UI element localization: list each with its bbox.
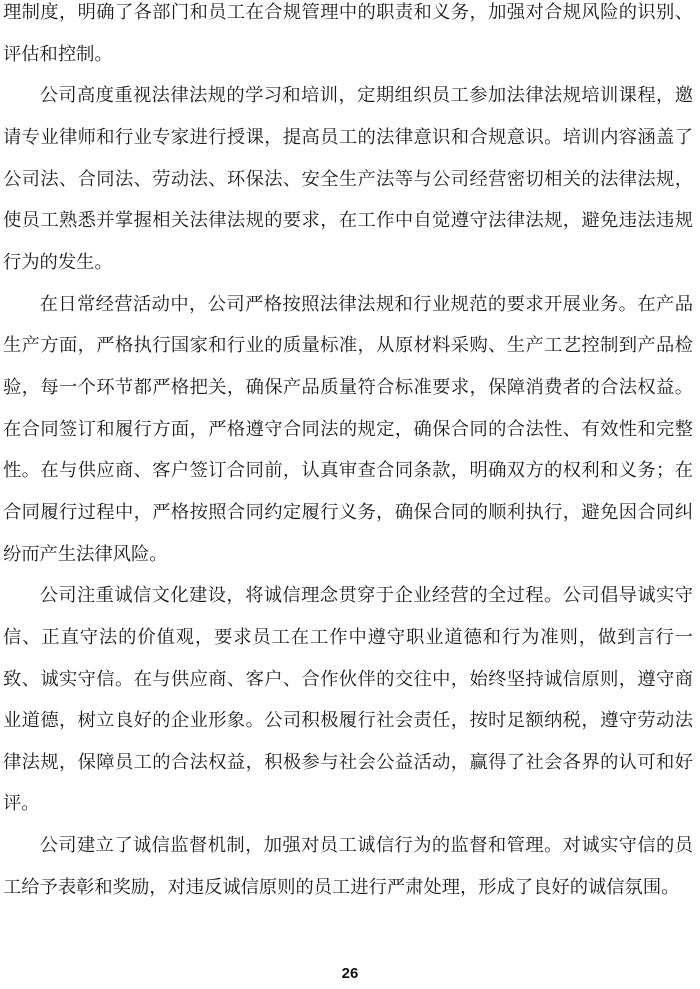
text-line: 验，每一个环节都严格把关，确保产品质量符合标准要求，保障消费者的合法权益。 — [3, 367, 693, 409]
text-line: 评。 — [3, 783, 693, 825]
text-line: 性。在与供应商、客户签订合同前，认真审查合同条款，明确双方的权利和义务；在 — [3, 450, 693, 492]
text-line: 使员工熟悉并掌握相关法律法规的要求，在工作中自觉遵守法律法规，避免违法违规 — [3, 200, 693, 242]
document-page: 理制度，明确了各部门和员工在合规管理中的职责和义务，加强对合规风险的识别、评估和… — [0, 0, 700, 989]
text-line: 纷而产生法律风险。 — [3, 534, 693, 576]
text-line: 请专业律师和行业专家进行授课，提高员工的法律意识和合规意识。培训内容涵盖了 — [3, 117, 693, 159]
text-line: 生产方面，严格执行国家和行业的质量标准，从原材料采购、生产工艺控制到产品检 — [3, 325, 693, 367]
text-line: 公司法、合同法、劳动法、环保法、安全生产法等与公司经营密切相关的法律法规， — [3, 159, 693, 201]
text-line: 合同履行过程中，严格按照合同约定履行义务，确保合同的顺利执行，避免因合同纠 — [3, 492, 693, 534]
page-number: 26 — [342, 965, 359, 982]
text-line: 在日常经营活动中，公司严格按照法律法规和行业规范的要求开展业务。在产品 — [3, 284, 693, 326]
document-body: 理制度，明确了各部门和员工在合规管理中的职责和义务，加强对合规风险的识别、评估和… — [3, 0, 693, 908]
text-line: 公司高度重视法律法规的学习和培训，定期组织员工参加法律法规培训课程，邀 — [3, 75, 693, 117]
text-line: 在合同签订和履行方面，严格遵守合同法的规定，确保合同的合法性、有效性和完整 — [3, 409, 693, 451]
text-line: 业道德，树立良好的企业形象。公司积极履行社会责任，按时足额纳税，遵守劳动法 — [3, 700, 693, 742]
text-line: 工给予表彰和奖励，对违反诚信原则的员工进行严肃处理，形成了良好的诚信氛围。 — [3, 867, 693, 909]
page-footer: 26 — [0, 965, 700, 983]
text-line: 理制度，明确了各部门和员工在合规管理中的职责和义务，加强对合规风险的识别、 — [3, 0, 693, 34]
text-line: 评估和控制。 — [3, 34, 693, 76]
text-line: 致、诚实守信。在与供应商、客户、合作伙伴的交往中，始终坚持诚信原则，遵守商 — [3, 659, 693, 701]
text-line: 公司注重诚信文化建设，将诚信理念贯穿于企业经营的全过程。公司倡导诚实守 — [3, 575, 693, 617]
text-line: 信、正直守法的价值观，要求员工在工作中遵守职业道德和行为准则，做到言行一 — [3, 617, 693, 659]
text-line: 律法规，保障员工的合法权益，积极参与社会公益活动，赢得了社会各界的认可和好 — [3, 742, 693, 784]
text-line: 行为的发生。 — [3, 242, 693, 284]
text-line: 公司建立了诚信监督机制，加强对员工诚信行为的监督和管理。对诚实守信的员 — [3, 825, 693, 867]
